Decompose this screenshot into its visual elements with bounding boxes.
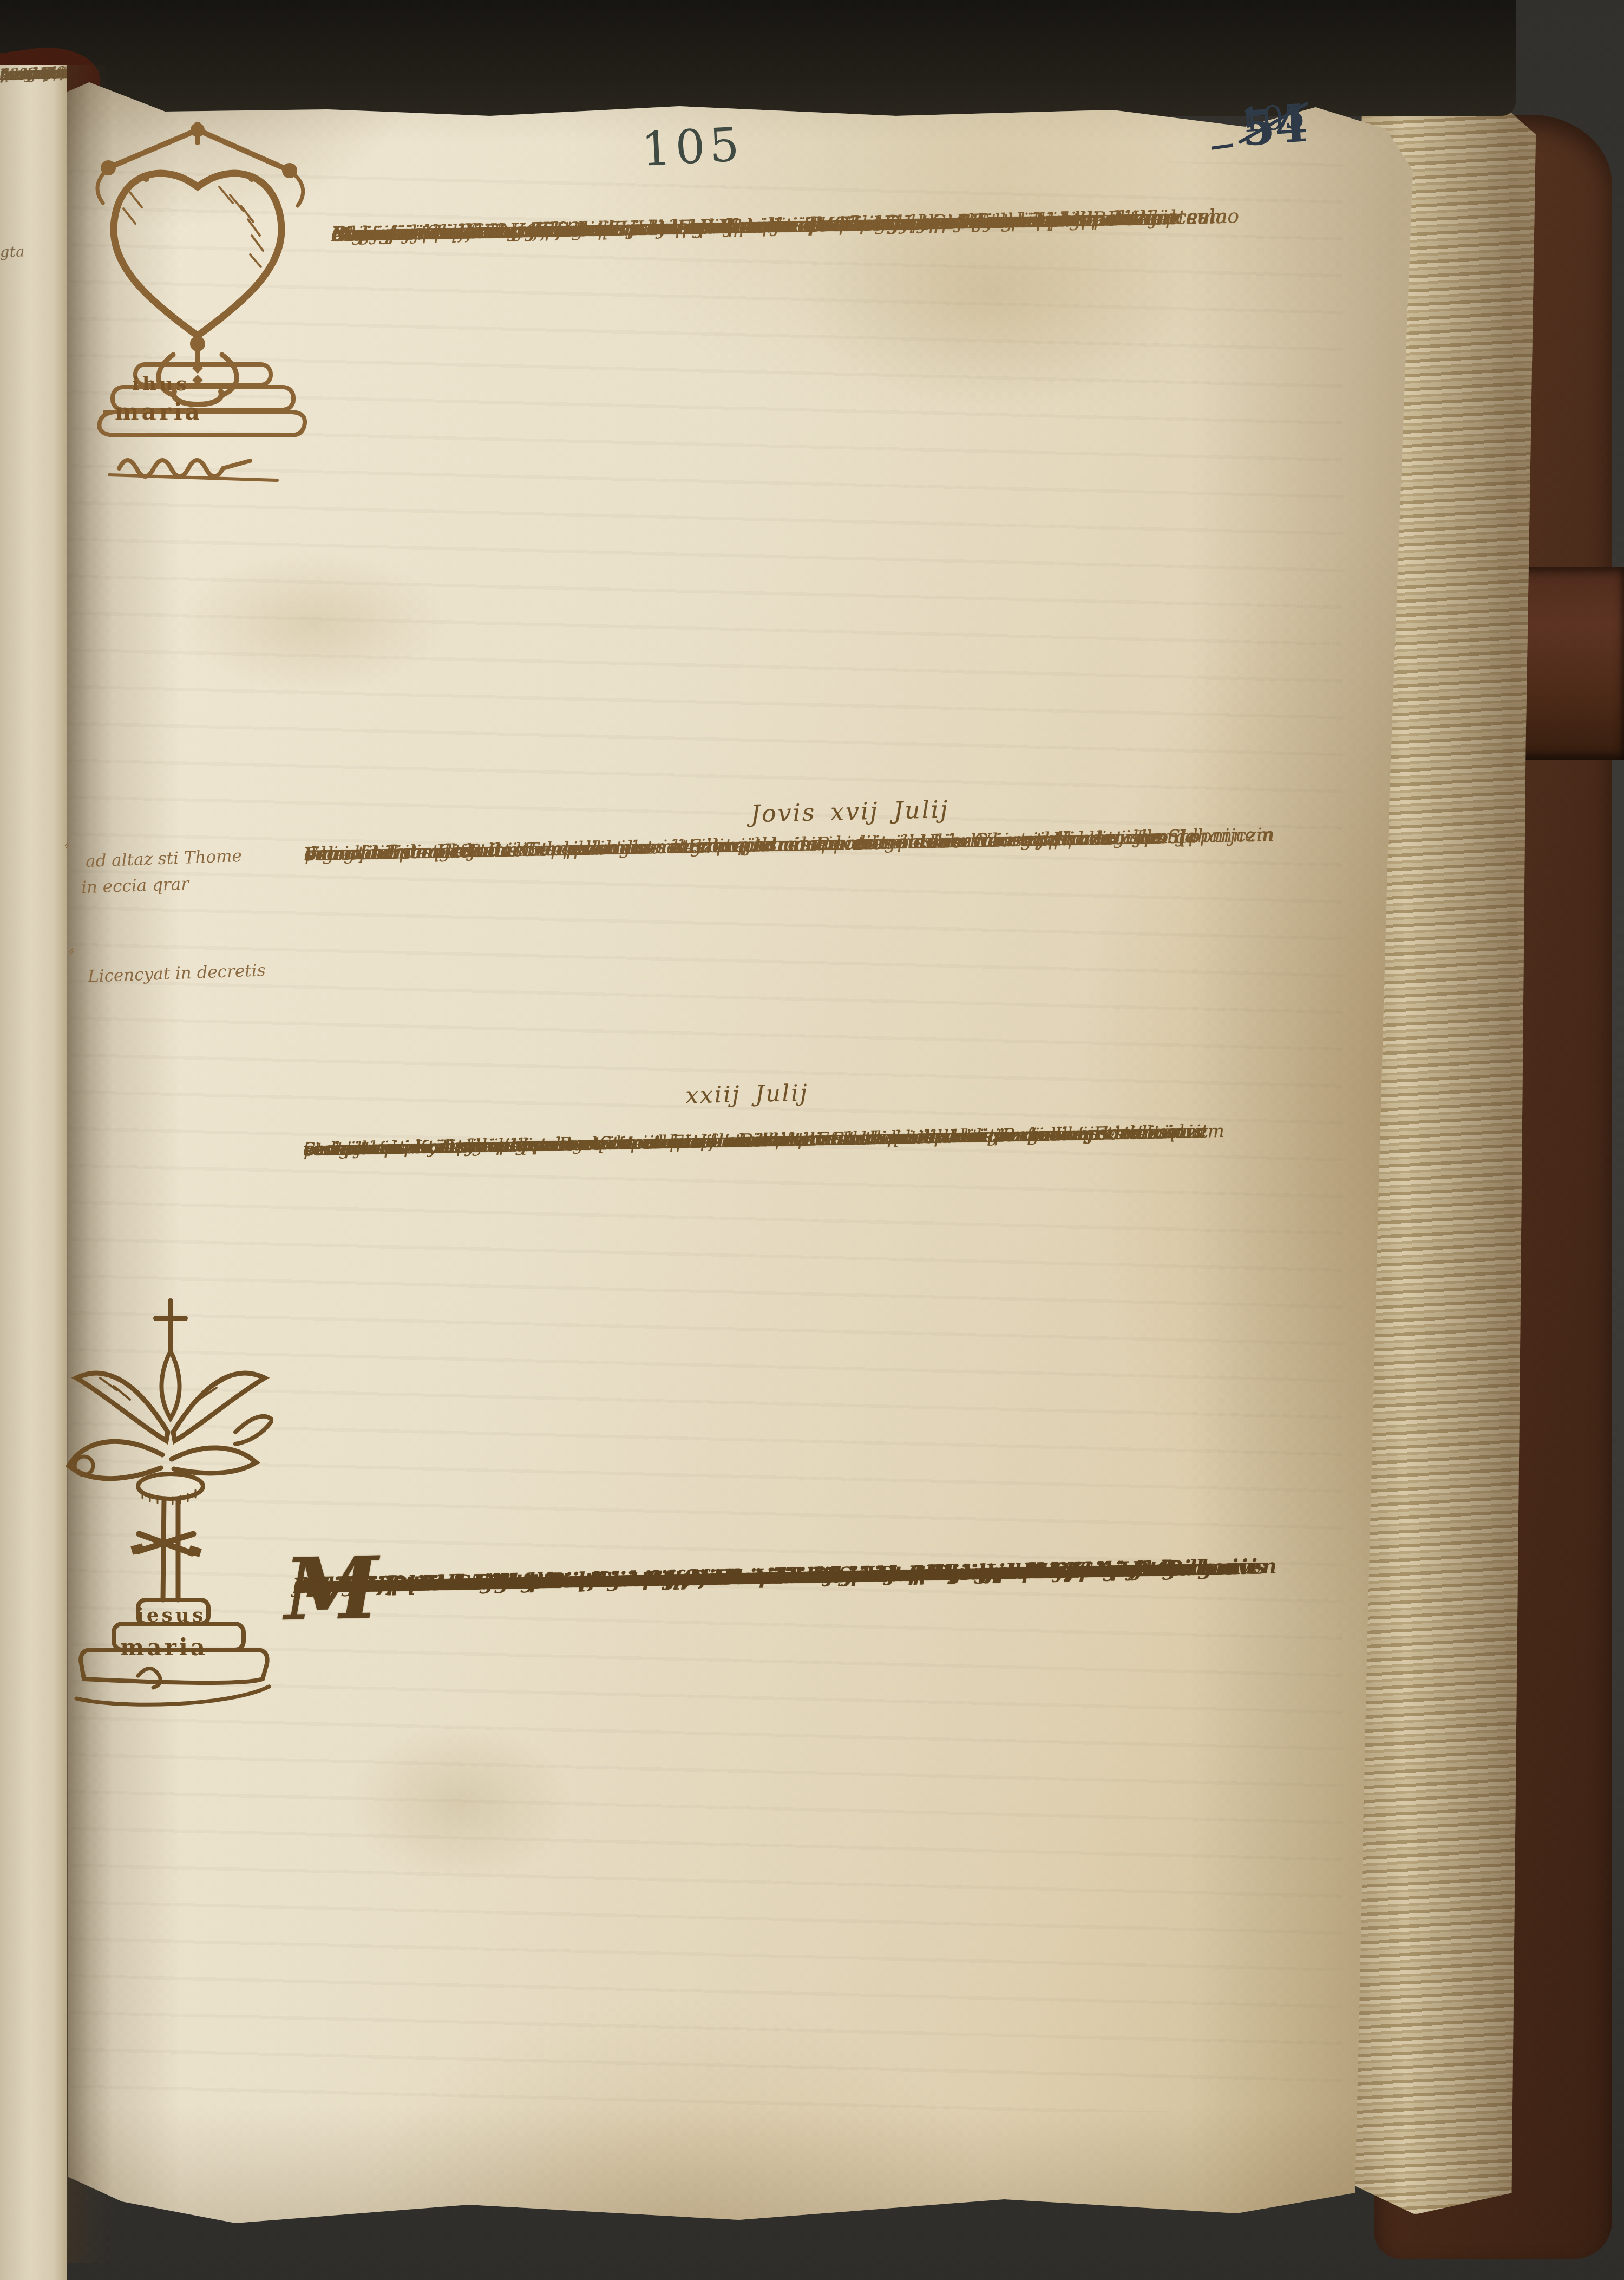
folio-number-new: 54 bbox=[1240, 96, 1309, 156]
text-line: dnm Epm bbox=[0, 65, 67, 83]
parchment-stain bbox=[346, 1722, 574, 1884]
text-line: mgri psalmiste Scole Cracouien bbox=[304, 832, 620, 871]
text-line: gta bbox=[0, 243, 27, 261]
top-sign-motto-line2: maria bbox=[115, 398, 202, 425]
facing-page-sliver: gtaans de zawadahatz domus Colla doctoru… bbox=[0, 65, 67, 2280]
notarial-sign-top bbox=[81, 122, 325, 501]
margin-note-altar-line2: in eccia qrar bbox=[81, 874, 189, 898]
parchment-stain bbox=[179, 552, 449, 693]
folio-number-center: 105 bbox=[640, 117, 745, 177]
manuscript-photo: gtaans de zawadahatz domus Colla doctoru… bbox=[0, 0, 1624, 2280]
bottom-sign-motto-line2: maria bbox=[120, 1634, 208, 1661]
top-sign-motto-line1: ihus bbox=[132, 373, 189, 395]
bottom-sign-motto-line1: iesus bbox=[136, 1604, 206, 1626]
book-clasp-strap bbox=[1515, 567, 1624, 760]
